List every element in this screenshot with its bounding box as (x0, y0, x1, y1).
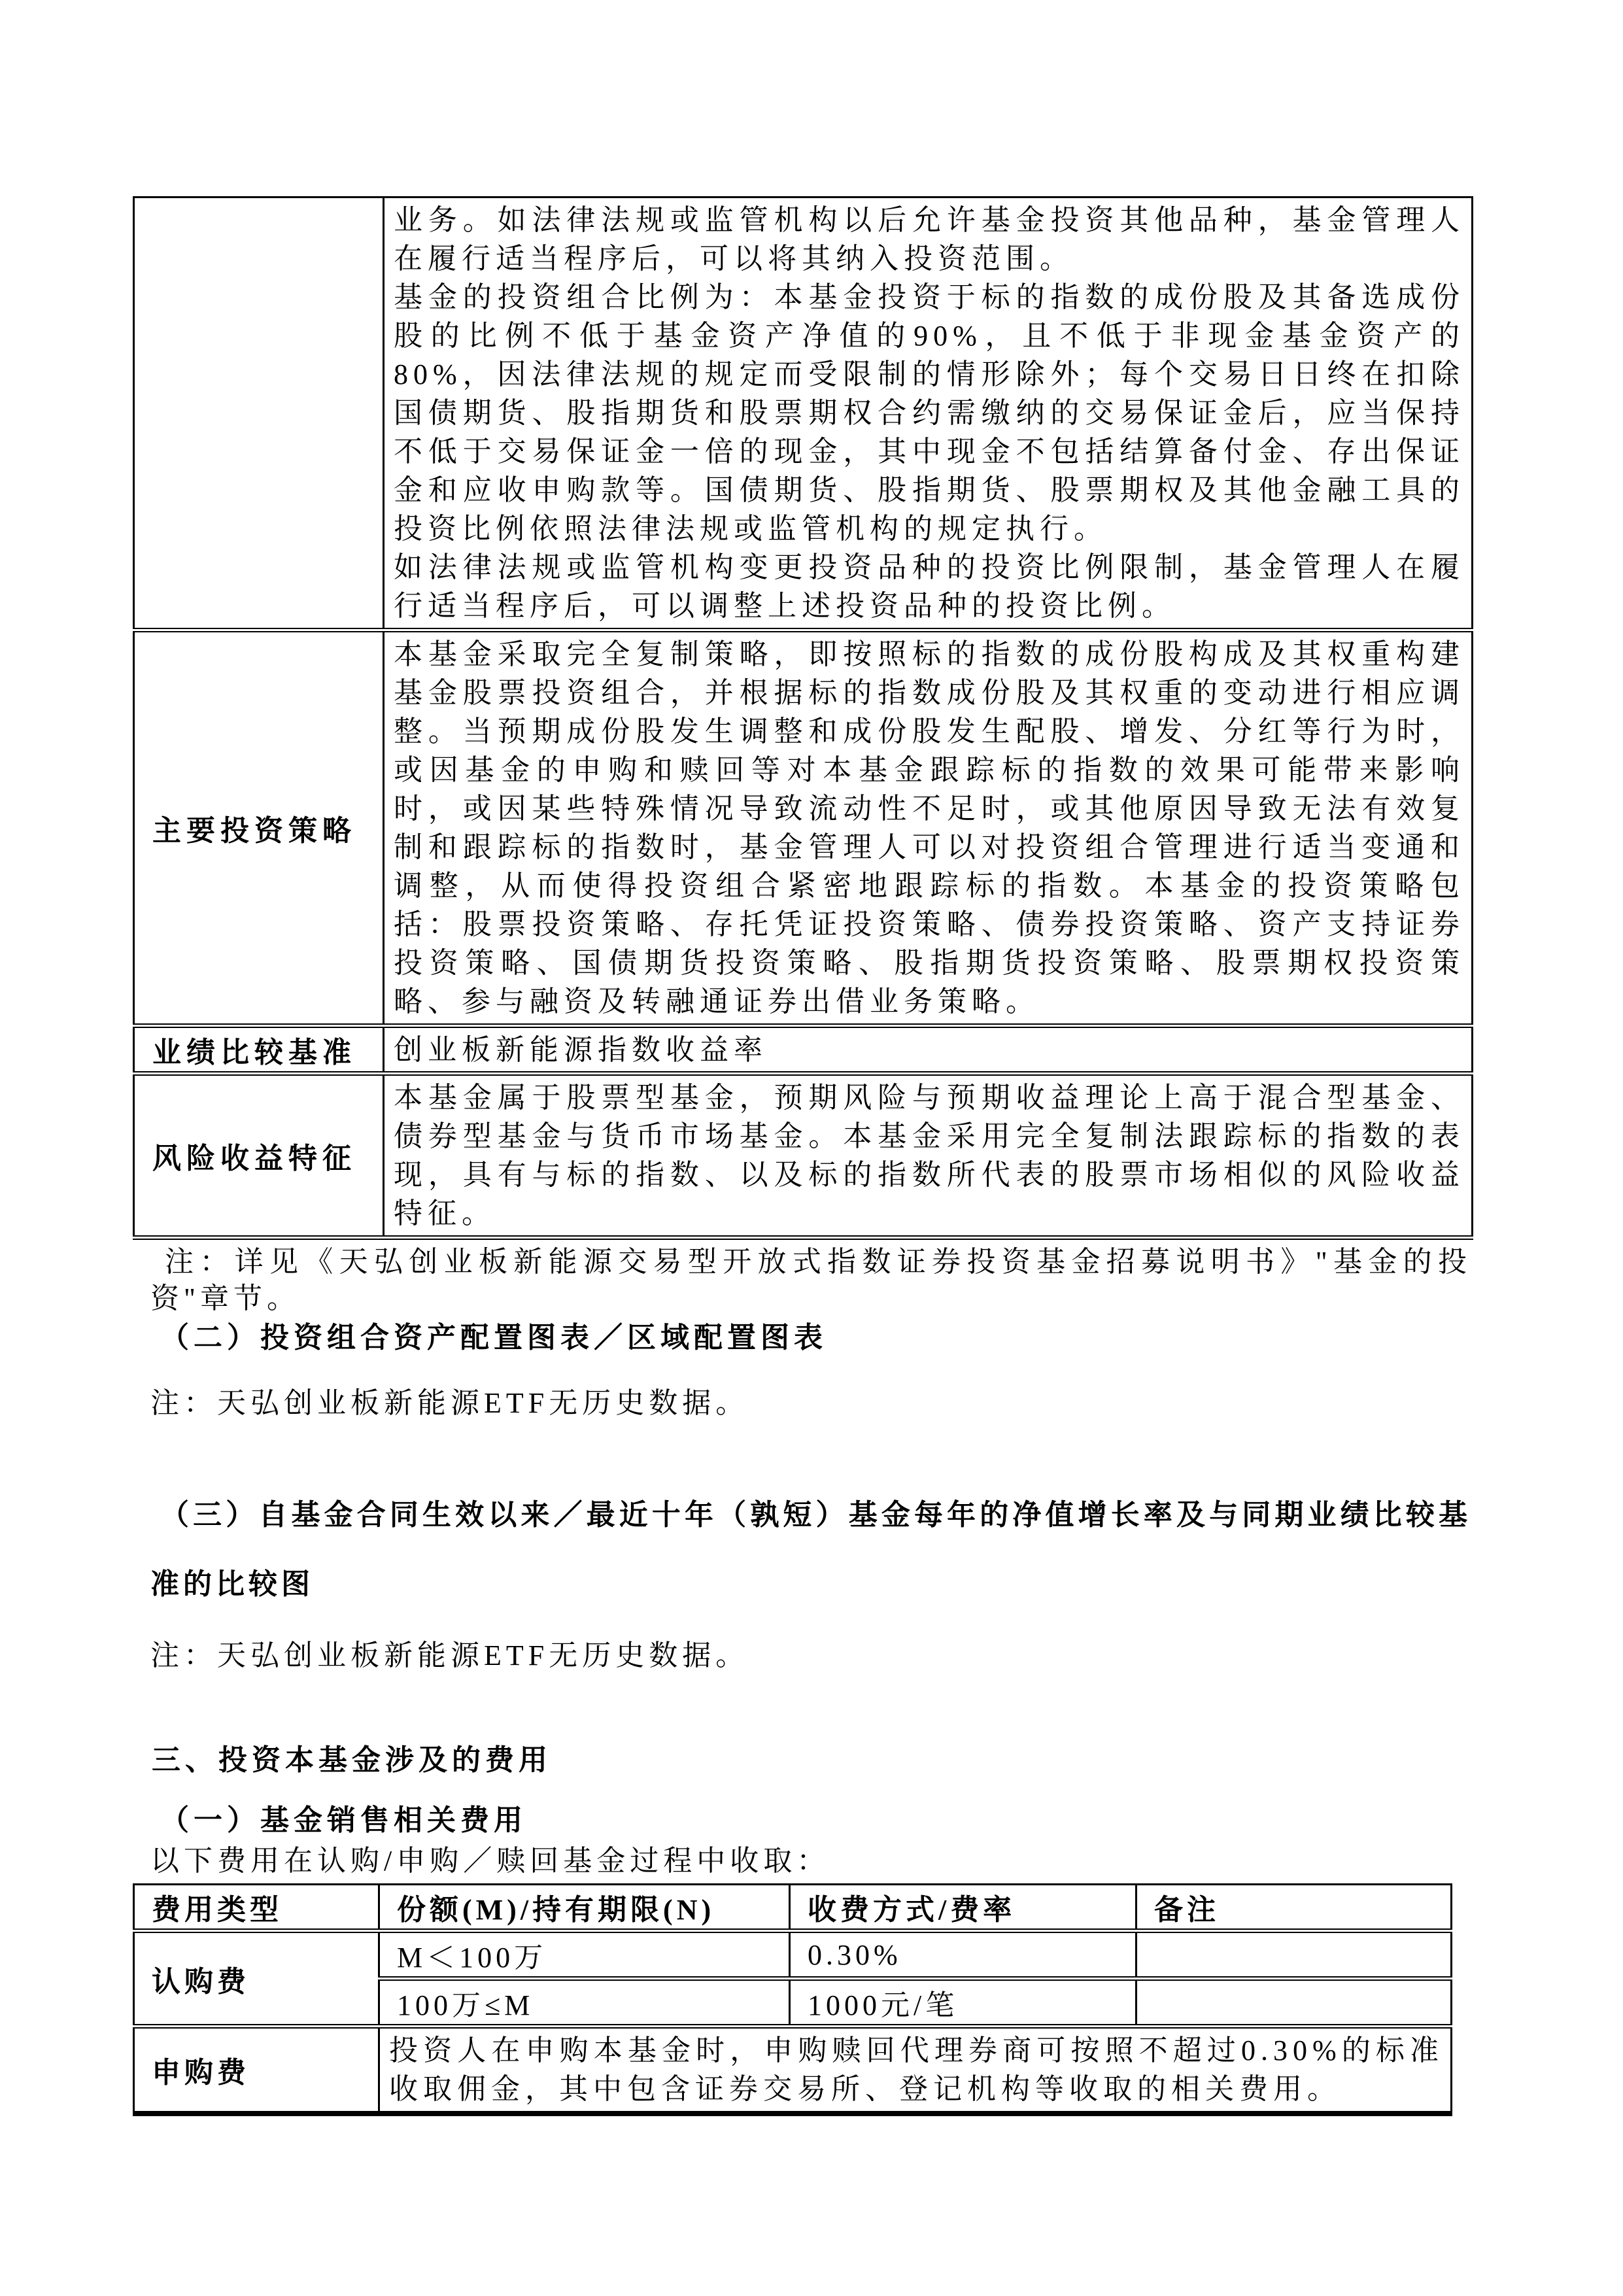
document-page: 业务。如法律法规或监管机构以后允许基金投资其他品种，基金管理人在履行适当程序后，… (0, 0, 1623, 2296)
fund-fee-table: 费用类型 份额(M)/持有期限(N) 收费方式/费率 备注 认购费 M＜100万… (133, 1883, 1452, 2116)
row-label-benchmark: 业绩比较基准 (134, 1026, 384, 1074)
fee-col-header-rate: 收费方式/费率 (790, 1885, 1136, 1931)
subscription-tier2-remark (1136, 1979, 1452, 2027)
no-history-note-1: 注：天弘创业板新能源ETF无历史数据。 (150, 1385, 1471, 1422)
fee-col-header-remark: 备注 (1136, 1885, 1452, 1931)
heading-subsection-1: （一）基金销售相关费用 (150, 1802, 1471, 1839)
prospectus-note: 注：详见《天弘创业板新能源交易型开放式指数证券投资基金招募说明书》"基金的投资"… (150, 1244, 1471, 1317)
subscription-tier2-rate: 1000元/笔 (790, 1979, 1136, 2027)
table-row: 风险收益特征 本基金属于股票型基金，预期风险与预期收益理论上高于混合型基金、债券… (134, 1074, 1473, 1238)
benchmark-text: 创业板新能源指数收益率 (384, 1026, 1473, 1074)
page-content: 业务。如法律法规或监管机构以后允许基金投资其他品种，基金管理人在履行适当程序后，… (133, 196, 1471, 2116)
row-label-empty (134, 197, 384, 630)
fee-col-header-share: 份额(M)/持有期限(N) (379, 1885, 790, 1931)
heading-section-3: （三）自基金合同生效以来／最近十年（孰短）基金每年的净值增长率及与同期业绩比较基… (150, 1481, 1471, 1619)
subscription-fee-row-1: 认购费 M＜100万 0.30% (134, 1931, 1452, 1979)
row-label-main-strategy: 主要投资策略 (134, 630, 384, 1026)
fund-overview-table: 业务。如法律法规或监管机构以后允许基金投资其他品种，基金管理人在履行适当程序后，… (133, 196, 1473, 1240)
main-strategy-text: 本基金采取完全复制策略，即按照标的指数的成份股构成及其权重构建基金股票投资组合，… (384, 630, 1473, 1026)
subscription-tier2-condition: 100万≤M (379, 1979, 790, 2027)
subscription-tier1-condition: M＜100万 (379, 1931, 790, 1979)
purchase-fee-row: 申购费 投资人在申购本基金时，申购赎回代理券商可按照不超过0.30%的标准收取佣… (134, 2027, 1452, 2114)
table-row: 主要投资策略 本基金采取完全复制策略，即按照标的指数的成份股构成及其权重构建基金… (134, 630, 1473, 1026)
table-row: 业务。如法律法规或监管机构以后允许基金投资其他品种，基金管理人在履行适当程序后，… (134, 197, 1473, 630)
table-row: 业绩比较基准 创业板新能源指数收益率 (134, 1026, 1473, 1074)
fee-intro-text: 以下费用在认购/申购／赎回基金过程中收取： (150, 1843, 1471, 1879)
investment-scope-text: 业务。如法律法规或监管机构以后允许基金投资其他品种，基金管理人在履行适当程序后，… (384, 197, 1473, 630)
purchase-fee-description: 投资人在申购本基金时，申购赎回代理券商可按照不超过0.30%的标准收取佣金，其中… (379, 2027, 1452, 2114)
purchase-fee-label: 申购费 (134, 2027, 379, 2114)
subscription-fee-label: 认购费 (134, 1931, 379, 2027)
fee-table-header-row: 费用类型 份额(M)/持有期限(N) 收费方式/费率 备注 (134, 1885, 1452, 1931)
risk-return-text: 本基金属于股票型基金，预期风险与预期收益理论上高于混合型基金、债券型基金与货币市… (384, 1074, 1473, 1238)
heading-chapter-3: 三、投资本基金涉及的费用 (152, 1742, 1473, 1779)
subscription-tier1-rate: 0.30% (790, 1931, 1136, 1979)
row-label-risk-return: 风险收益特征 (134, 1074, 384, 1238)
heading-section-2: （二）投资组合资产配置图表／区域配置图表 (150, 1320, 1471, 1356)
no-history-note-2: 注：天弘创业板新能源ETF无历史数据。 (150, 1637, 1471, 1674)
fee-col-header-type: 费用类型 (134, 1885, 379, 1931)
subscription-tier1-remark (1136, 1931, 1452, 1979)
